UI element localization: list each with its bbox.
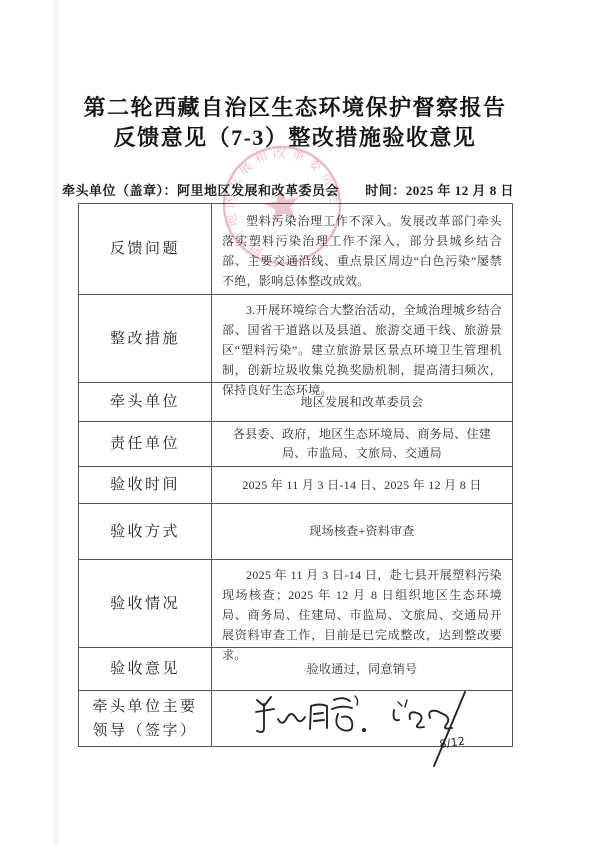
row-content-acceptance-method: 现场核查+资料审查 xyxy=(212,504,512,559)
table-row: 验收时间 2025 年 11 月 3 日-14 日、2025 年 12 月 8 … xyxy=(79,466,512,503)
verification-table: 反馈问题 塑料污染治理工作不深入。发展改革部门牵头落实塑料污染治理工作不深入，部… xyxy=(78,203,513,747)
table-row: 验收情况 2025 年 11 月 3 日-14 日，赴七县开展塑料污染现场核查；… xyxy=(79,559,512,647)
lead-unit-label: 牵头单位（盖章）：阿里地区发展和改革委员会 xyxy=(62,180,339,199)
row-label-rectification-measures: 整改措施 xyxy=(79,295,212,382)
document-meta-row: 牵头单位（盖章）：阿里地区发展和改革委员会 时间：2025 年 12 月 8 日 xyxy=(62,180,514,199)
row-content-feedback-problem: 塑料污染治理工作不深入。发展改革部门牵头落实塑料污染治理工作不深入，部分县城乡结… xyxy=(212,204,512,294)
row-content-leader-signature: 8/12 xyxy=(212,691,512,746)
time-label: 时间：2025 年 12 月 8 日 xyxy=(365,180,514,199)
table-row: 责任单位 各县委、政府，地区生态环境局、商务局、住建局、市监局、文旅局、交通局 xyxy=(79,421,512,466)
row-label-feedback-problem: 反馈问题 xyxy=(79,204,212,294)
table-row: 牵头单位 地区发展和改革委员会 xyxy=(79,382,512,421)
row-content-responsible-units: 各县委、政府，地区生态环境局、商务局、住建局、市监局、文旅局、交通局 xyxy=(212,422,512,466)
row-content-acceptance-time: 2025 年 11 月 3 日-14 日、2025 年 12 月 8 日 xyxy=(212,467,512,503)
approval-note-scribble xyxy=(256,696,366,732)
table-row: 整改措施 3.开展环境综合大整治活动，全域治理城乡结合部、国省干道路以及县道、旅… xyxy=(79,294,512,382)
handwritten-signature: 8/12 xyxy=(212,688,512,773)
document-title-line1: 第二轮西藏自治区生态环境保护督察报告 xyxy=(0,93,590,123)
row-label-leader-signature: 牵头单位主要领导（签字） xyxy=(79,691,212,746)
row-label-acceptance-time: 验收时间 xyxy=(79,467,212,503)
signature-date: 8/12 xyxy=(439,734,466,750)
row-content-lead-unit: 地区发展和改革委员会 xyxy=(212,383,512,421)
table-row: 验收方式 现场核查+资料审查 xyxy=(79,503,512,559)
document-title: 第二轮西藏自治区生态环境保护督察报告 反馈意见（7-3）整改措施验收意见 xyxy=(0,93,590,153)
scanned-document-page: 第二轮西藏自治区生态环境保护督察报告 反馈意见（7-3）整改措施验收意见 牵头单… xyxy=(0,0,590,846)
row-content-acceptance-opinion: 验收通过，同意销号 xyxy=(212,648,512,690)
row-label-acceptance-situation: 验收情况 xyxy=(79,560,212,647)
table-row: 牵头单位主要领导（签字） xyxy=(79,690,512,746)
document-title-line2: 反馈意见（7-3）整改措施验收意见 xyxy=(0,123,590,153)
row-content-rectification-measures: 3.开展环境综合大整治活动，全域治理城乡结合部、国省干道路以及县道、旅游交通干线… xyxy=(212,295,512,382)
row-label-acceptance-opinion: 验收意见 xyxy=(79,648,212,690)
row-label-acceptance-method: 验收方式 xyxy=(79,504,212,559)
signature-scribble: 8/12 xyxy=(394,692,467,766)
table-row: 反馈问题 塑料污染治理工作不深入。发展改革部门牵头落实塑料污染治理工作不深入，部… xyxy=(79,204,512,294)
row-label-responsible-units: 责任单位 xyxy=(79,422,212,466)
table-row: 验收意见 验收通过，同意销号 xyxy=(79,647,512,690)
row-content-acceptance-situation: 2025 年 11 月 3 日-14 日，赴七县开展塑料污染现场核查；2025 … xyxy=(212,560,512,647)
row-label-lead-unit: 牵头单位 xyxy=(79,383,212,421)
